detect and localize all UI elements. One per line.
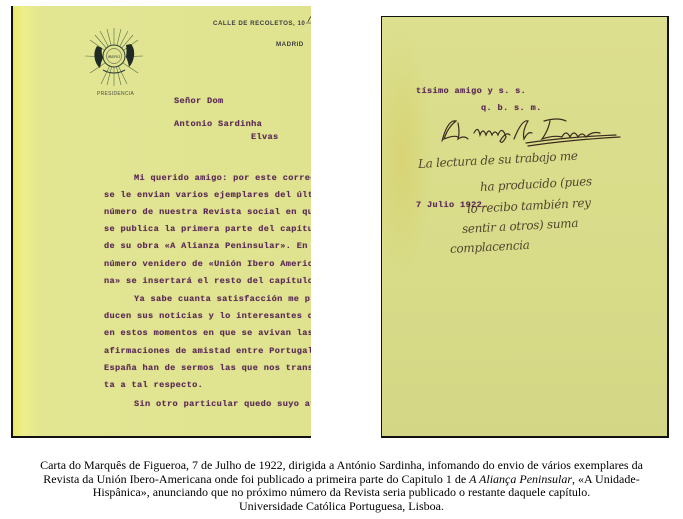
letterhead-address: CALLE DE RECOLETOS, 10 — [213, 20, 305, 27]
body-line: se publica la primera parte del capítulo — [104, 224, 311, 234]
body-line: en estos momentos en que se avivan las — [104, 328, 311, 338]
salutation-line: Elvas — [251, 132, 279, 142]
figure-caption: Carta do Marquês de Figueroa, 7 de Julho… — [0, 459, 683, 513]
body-line: Mi querido amigo: por este correo — [134, 173, 311, 183]
letter-image-right: tísimo amigo y s. s. q. b. s. m. 7 Julio… — [381, 16, 669, 438]
closing-line: q. b. s. m. — [481, 103, 542, 113]
salutation-line: Señor Dom — [174, 96, 224, 106]
body-line: de su obra «A Alianza Peninsular». En el — [104, 241, 311, 251]
body-line: afirmaciones de amistad entre Portugal y — [104, 346, 311, 356]
caption-book-title: A Aliança Peninsular — [469, 472, 572, 486]
coat-of-arms-icon: IBERO — [83, 26, 145, 88]
body-line: se le envian varios ejemplares del últim — [104, 190, 311, 200]
caption-text: , «A Unidade- — [572, 472, 640, 486]
pencil-annotation-icon — [306, 12, 311, 24]
body-line: Ya sabe cuanta satisfacción me pro- — [134, 294, 311, 304]
body-line: número de nuestra Revista social en que — [104, 207, 311, 217]
body-line: número venidero de «Unión Ibero America- — [104, 259, 311, 269]
letter-image-left: IBERO PRESIDENCIA CALLE DE RECOLETOS, 10… — [11, 6, 311, 438]
caption-line: Revista da Unión Ibero-Americana onde fo… — [0, 473, 683, 487]
caption-text: Revista da Unión Ibero-Americana onde fo… — [43, 472, 469, 486]
caption-line: Hispânica», anunciando que no próximo nú… — [0, 486, 683, 500]
handwritten-line: ha producido (pues — [480, 174, 593, 194]
body-line: na» se insertará el resto del capítulo. — [104, 276, 311, 286]
handwritten-line: complacencia — [450, 238, 530, 256]
closing-line: tísimo amigo y s. s. — [416, 86, 526, 96]
handwritten-line: sentir a otros) suma — [462, 216, 579, 236]
svg-text:IBERO: IBERO — [108, 54, 120, 59]
crest-label: PRESIDENCIA — [97, 91, 134, 97]
salutation-line: Antonio Sardinha — [174, 119, 262, 129]
handwritten-line: La lectura de su trabajo me — [418, 149, 578, 171]
body-line: ducen sus noticias y lo interesantes que — [104, 311, 311, 321]
body-line: ta a tal respecto. — [104, 380, 203, 390]
signature-icon — [434, 113, 634, 147]
caption-source: Universidade Católica Portuguesa, Lisboa… — [0, 500, 683, 514]
body-line: España han de sermos las que nos transmi… — [104, 363, 311, 373]
body-line: Sin otro particular quedo suyo afec — [134, 399, 311, 409]
handwritten-line: lo recibo también rey — [467, 196, 591, 216]
letterhead-city: MADRID — [276, 41, 304, 48]
caption-line: Carta do Marquês de Figueroa, 7 de Julho… — [0, 459, 683, 473]
